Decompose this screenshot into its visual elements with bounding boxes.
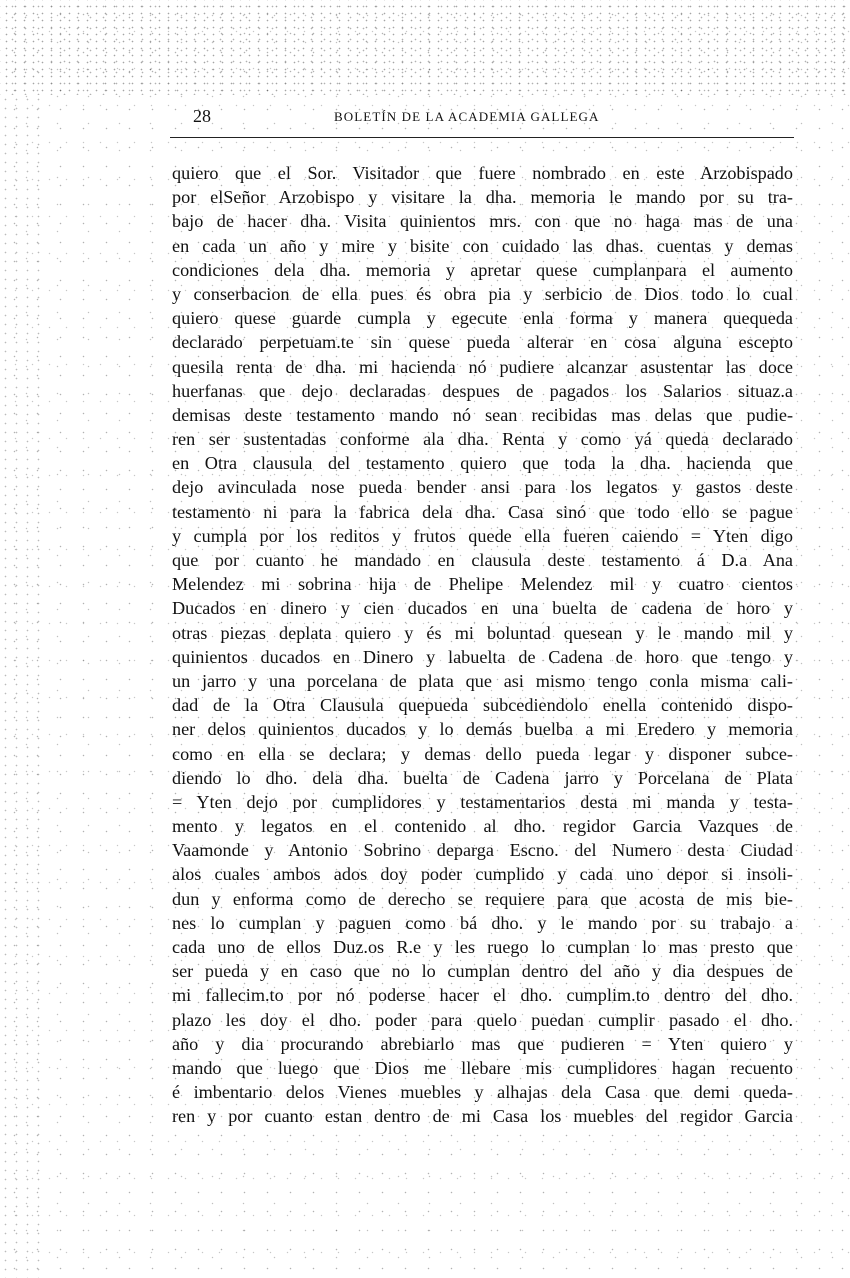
text-line: huerfanas que dejo declaradas despues de…: [172, 379, 793, 403]
text-line: mi fallecim.to por nó poderse hacer el d…: [172, 983, 793, 1007]
text-line: é imbentario delos Vienes muebles y alha…: [172, 1080, 793, 1104]
text-line: declarado perpetuam.te sin quese pueda a…: [172, 330, 793, 354]
text-line: en cada un año y mire y bisite con cuida…: [172, 234, 793, 258]
text-line: un jarro y una porcelana de plata que as…: [172, 669, 793, 693]
text-line: en Otra clausula del testamento quiero q…: [172, 451, 793, 475]
text-line: demisas deste testamento mando nó sean r…: [172, 403, 793, 427]
text-line: Melendez mi sobrina hija de Phelipe Mele…: [172, 572, 793, 596]
text-line: Ducados en dinero y cien ducados en una …: [172, 596, 793, 620]
text-line: quiero que el Sor. Visitador que fuere n…: [172, 161, 793, 185]
text-line: como en ella se declara; y demas dello p…: [172, 742, 793, 766]
running-header: 28 BOLETÍN DE LA ACADEMIA GALLEGA: [190, 104, 800, 134]
text-line: quiero quese guarde cumpla y egecute enl…: [172, 306, 793, 330]
text-line: mando que luego que Dios me llebare mis …: [172, 1056, 793, 1080]
text-line: quesila renta de dha. mi hacienda nó pud…: [172, 355, 793, 379]
text-line: ser pueda y en caso que no lo cumplan de…: [172, 959, 793, 983]
text-line: por elSeñor Arzobispo y visitare la dha.…: [172, 185, 793, 209]
text-line: ren y por cuanto estan dentro de mi Casa…: [172, 1104, 793, 1128]
running-title: BOLETÍN DE LA ACADEMIA GALLEGA: [334, 109, 600, 125]
text-line: ner delos quinientos ducados y lo demás …: [172, 717, 793, 741]
text-line: año y dia procurando abrebiarlo mas que …: [172, 1032, 793, 1056]
text-line: ren ser sustentadas conforme ala dha. Re…: [172, 427, 793, 451]
header-rule: [170, 137, 794, 138]
text-line: = Yten dejo por cumplidores y testamenta…: [172, 790, 793, 814]
text-line: dejo avinculada nose pueda bender ansi p…: [172, 475, 793, 499]
text-line: nes lo cumplan y paguen como bá dho. y l…: [172, 911, 793, 935]
text-line: que por cuanto he mandado en clausula de…: [172, 548, 793, 572]
text-line: condiciones dela dha. memoria y apretar …: [172, 258, 793, 282]
text-line: cada uno de ellos Duz.os R.e y les ruego…: [172, 935, 793, 959]
scan-noise-top: [0, 0, 850, 95]
text-line: y conserbacion de ella pues és obra pia …: [172, 282, 793, 306]
text-line: dun y enforma como de derecho se requier…: [172, 887, 793, 911]
text-line: plazo les doy el dho. poder para quelo p…: [172, 1008, 793, 1032]
text-line: testamento ni para la fabrica dela dha. …: [172, 500, 793, 524]
scan-noise-left: [0, 95, 40, 1278]
text-line: quinientos ducados en Dinero y labuelta …: [172, 645, 793, 669]
text-line: Vaamonde y Antonio Sobrino deparga Escno…: [172, 838, 793, 862]
page-number: 28: [193, 106, 211, 127]
text-line: otras piezas deplata quiero y és mi bolu…: [172, 621, 793, 645]
text-line: diendo lo dho. dela dha. buelta de Caden…: [172, 766, 793, 790]
text-line: dad de la Otra Clausula quepueda subcedi…: [172, 693, 793, 717]
body-text: quiero que el Sor. Visitador que fuere n…: [172, 161, 793, 1129]
text-line: bajo de hacer dha. Visita quinientos mrs…: [172, 209, 793, 233]
text-line: y cumpla por los reditos y frutos quede …: [172, 524, 793, 548]
text-line: mento y legatos en el contenido al dho. …: [172, 814, 793, 838]
text-line: alos cuales ambos ados doy poder cumplid…: [172, 862, 793, 886]
